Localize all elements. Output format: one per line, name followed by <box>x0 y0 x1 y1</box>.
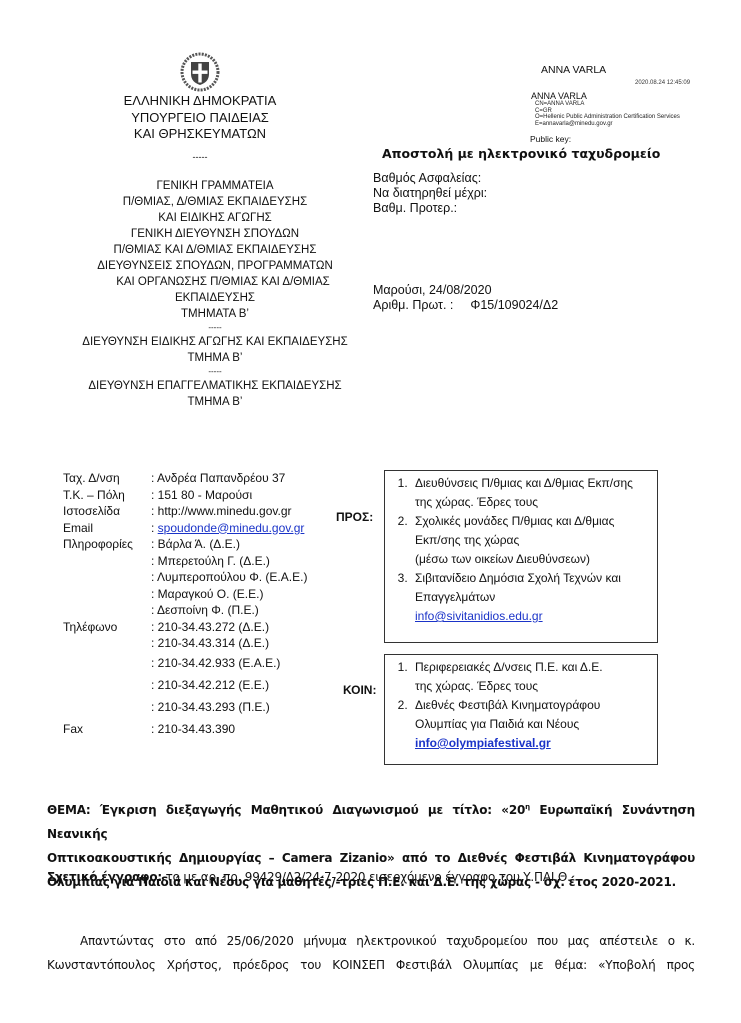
recipient-item: Σχολικές μονάδες Π/θμιας και Δ/θμιας Εκπ… <box>411 512 657 569</box>
contact-value: : Δεσποίνη Φ. (Π.Ε.) <box>151 602 259 619</box>
ministry-name-line2: ΚΑΙ ΘΡΗΣΚΕΥΜΑΤΩΝ <box>100 126 300 143</box>
recipient-line: της χώρας. Έδρες τους <box>415 493 657 512</box>
contact-row: Τηλέφωνο : 210-34.43.272 (Δ.Ε.) <box>63 619 307 636</box>
subject-text: Έγκριση διεξαγωγής Μαθητικού Διαγωνισμού… <box>100 803 525 817</box>
body-paragraph: Απαντώντας στο από 25/06/2020 μήνυμα ηλε… <box>47 929 695 977</box>
classification-block: Βαθμός Ασφαλείας: Να διατηρηθεί μέχρι: Β… <box>373 171 487 216</box>
recipient-line: Σχολικές μονάδες Π/θμιας και Δ/θμιας <box>415 514 614 528</box>
contact-value: : 151 80 - Μαρούσι <box>151 487 252 504</box>
contact-label: Ιστοσελίδα <box>63 503 151 520</box>
recipient-line: Επαγγελμάτων <box>415 588 657 607</box>
contact-row: : Μπερετούλη Γ. (Δ.Ε.) <box>63 553 307 570</box>
signer-name-secondary: ANNA VARLA <box>531 91 587 101</box>
related-label: Σχετικό έγγραφο: <box>47 870 162 884</box>
separator: ----- <box>100 149 300 166</box>
signature-org: O=Hellenic Public Administration Certifi… <box>535 114 680 121</box>
recipient-item: Διευθύνσεις Π/θμιας και Δ/θμιας Εκπ/σης … <box>411 474 657 512</box>
contact-label <box>63 602 151 619</box>
department-line: ΤΜΗΜΑ Β’ <box>60 350 370 366</box>
to-label: ΠΡΟΣ: <box>336 510 373 524</box>
republic-name: ΕΛΛΗΝΙΚΗ ΔΗΜΟΚΡΑΤΙΑ <box>100 93 300 110</box>
subject-label: ΘΕΜΑ: <box>47 803 90 817</box>
contact-row: : 210-34.43.314 (Δ.Ε.) <box>63 635 307 652</box>
contact-label <box>63 635 151 652</box>
separator: ----- <box>60 366 370 378</box>
body-line: Απαντώντας στο από 25/06/2020 μήνυμα ηλε… <box>47 929 695 953</box>
recipient-line: Διευθύνσεις Π/θμιας και Δ/θμιας Εκπ/σης <box>415 476 633 490</box>
contact-row: Πληροφορίες : Βάρλα Ά. (Δ.Ε.) <box>63 536 307 553</box>
contact-label: Πληροφορίες <box>63 536 151 553</box>
contact-row: Ταχ. Δ/νση: Ανδρέα Παπανδρέου 37 <box>63 470 307 487</box>
department-line: ΤΜΗΜΑ Β’ <box>60 394 370 410</box>
contact-row: : 210-34.42.933 (Ε.Α.Ε.) <box>63 652 307 674</box>
department-line: ΚΑΙ ΟΡΓΑΝΩΣΗΣ Π/ΘΜΙΑΣ ΚΑΙ Δ/ΘΜΙΑΣ <box>60 274 370 290</box>
cc-label: ΚΟΙΝ: <box>343 683 376 697</box>
subject-line: Οπτικοακουστικής Δημιουργίας – Camera Zi… <box>47 846 695 870</box>
recipient-item: Διεθνές Φεστιβάλ Κινηματογράφου Ολυμπίας… <box>411 696 657 753</box>
signer-name: ANNA VARLA <box>541 64 606 76</box>
related-text: το με αρ. πρ. 99429/Δ2/24-7-2020 εισερχό… <box>162 870 571 884</box>
cc-recipients-box: Περιφερειακές Δ/νσεις Π.Ε. και Δ.Ε. της … <box>384 654 658 765</box>
email-link[interactable]: spoudonde@minedu.gov.gr <box>158 521 305 535</box>
contact-row: Ιστοσελίδα: http://www.minedu.gov.gr <box>63 503 307 520</box>
recipient-line: Ολυμπίας για Παιδιά και Νέους <box>415 715 657 734</box>
phone-value: : 210-34.43.293 (Π.Ε.) <box>151 699 270 718</box>
contact-value: : Λυμπεροπούλου Φ. (Ε.Α.Ε.) <box>151 569 307 586</box>
phone-value: : 210-34.42.933 (Ε.Α.Ε.) <box>151 655 280 674</box>
contact-row: Email: spoudonde@minedu.gov.gr <box>63 520 307 537</box>
place-date: Μαρούσι, 24/08/2020 <box>373 283 558 298</box>
contact-details: Ταχ. Δ/νση: Ανδρέα Παπανδρέου 37 Τ.Κ. – … <box>63 470 307 740</box>
department-line: ΤΜΗΜΑΤΑ Β’ <box>60 306 370 322</box>
phone-value: : 210-34.43.314 (Δ.Ε.) <box>151 635 269 652</box>
department-list: ΓΕΝΙΚΗ ΓΡΑΜΜΑΤΕΙΑ Π/ΘΜΙΑΣ, Δ/ΘΜΙΑΣ ΕΚΠΑΙ… <box>60 178 370 410</box>
recipient-line: Διεθνές Φεστιβάλ Κινηματογράφου <box>415 698 600 712</box>
contact-value: : Ανδρέα Παπανδρέου 37 <box>151 470 285 487</box>
recipient-line: της χώρας. Έδρες τους <box>415 677 657 696</box>
phone-value: : 210-34.43.272 (Δ.Ε.) <box>151 619 269 636</box>
department-line: ΓΕΝΙΚΗ ΓΡΑΜΜΑΤΕΙΑ <box>60 178 370 194</box>
recipient-line: Εκπ/σης της χώρας <box>415 531 657 550</box>
contact-label: Τηλέφωνο <box>63 619 151 636</box>
contact-label: Τ.Κ. – Πόλη <box>63 487 151 504</box>
contact-row: : Λυμπεροπούλου Φ. (Ε.Α.Ε.) <box>63 569 307 586</box>
recipient-email-link[interactable]: info@olympiafestival.gr <box>415 736 551 750</box>
contact-value: : Βάρλα Ά. (Δ.Ε.) <box>151 536 240 553</box>
department-line: Π/ΘΜΙΑΣ ΚΑΙ Δ/ΘΜΙΑΣ ΕΚΠΑΙΔΕΥΣΗΣ <box>60 242 370 258</box>
signature-timestamp: 2020.08.24 12:45:09 <box>635 80 690 86</box>
contact-row: Fax : 210-34.43.390 <box>63 718 307 740</box>
department-line: ΔΙΕΥΘΥΝΣΗ ΕΙΔΙΚΗΣ ΑΓΩΓΗΣ ΚΑΙ ΕΚΠΑΙΔΕΥΣΗΣ <box>60 334 370 350</box>
department-line: ΔΙΕΥΘΥΝΣΕΙΣ ΣΠΟΥΔΩΝ, ΠΡΟΓΡΑΜΜΑΤΩΝ <box>60 258 370 274</box>
contact-label: Fax <box>63 721 151 740</box>
recipient-line: Σιβιτανίδειο Δημόσια Σχολή Τεχνών και <box>415 571 621 585</box>
to-recipients-box: Διευθύνσεις Π/θμιας και Δ/θμιας Εκπ/σης … <box>384 470 658 643</box>
contact-label <box>63 699 151 718</box>
document-info: Μαρούσι, 24/08/2020 Αριθμ. Πρωτ. : Φ15/1… <box>373 283 558 313</box>
retain-until-label: Να διατηρηθεί μέχρι: <box>373 186 487 201</box>
greek-coat-of-arms-icon <box>180 52 220 92</box>
public-key-label: Public key: <box>530 134 571 144</box>
contact-row: : Δεσποίνη Φ. (Π.Ε.) <box>63 602 307 619</box>
contact-label <box>63 569 151 586</box>
contact-label <box>63 586 151 603</box>
email-prefix: : <box>151 521 158 535</box>
security-level-label: Βαθμός Ασφαλείας: <box>373 171 487 186</box>
fax-value: : 210-34.43.390 <box>151 721 235 740</box>
recipient-email-link[interactable]: info@sivitanidios.edu.gr <box>415 609 543 623</box>
contact-row: : 210-34.42.212 (Ε.Ε.) <box>63 674 307 696</box>
contact-row: : Μαραγκού Ο. (Ε.Ε.) <box>63 586 307 603</box>
contact-value: : Μπερετούλη Γ. (Δ.Ε.) <box>151 553 270 570</box>
body-line: Κωνσταντόπουλος Χρήστος, πρόεδρος του ΚΟ… <box>47 953 695 977</box>
contact-label: Email <box>63 520 151 537</box>
contact-row: Τ.Κ. – Πόλη: 151 80 - Μαρούσι <box>63 487 307 504</box>
protocol-number-row: Αριθμ. Πρωτ. : Φ15/109024/Δ2 <box>373 298 558 313</box>
signature-details: CN=ANNA VARLA C=GR O=Hellenic Public Adm… <box>535 101 680 127</box>
contact-label <box>63 553 151 570</box>
subject-line: ΘΕΜΑ: Έγκριση διεξαγωγής Μαθητικού Διαγω… <box>47 795 695 846</box>
phone-value: : 210-34.42.212 (Ε.Ε.) <box>151 677 269 696</box>
delivery-method: Αποστολή με ηλεκτρονικό ταχυδρομείο <box>382 146 660 161</box>
department-line: Π/ΘΜΙΑΣ, Δ/ΘΜΙΑΣ ΕΚΠΑΙΔΕΥΣΗΣ <box>60 194 370 210</box>
separator: ----- <box>60 322 370 334</box>
priority-label: Βαθμ. Προτερ.: <box>373 201 487 216</box>
recipient-item: Σιβιτανίδειο Δημόσια Σχολή Τεχνών και Επ… <box>411 569 657 626</box>
protocol-number: Φ15/109024/Δ2 <box>470 298 558 312</box>
contact-row: : 210-34.43.293 (Π.Ε.) <box>63 696 307 718</box>
contact-value: : Μαραγκού Ο. (Ε.Ε.) <box>151 586 263 603</box>
department-line: ΔΙΕΥΘΥΝΣΗ ΕΠΑΓΓΕΛΜΑΤΙΚΗΣ ΕΚΠΑΙΔΕΥΣΗΣ <box>60 378 370 394</box>
issuer-heading: ΕΛΛΗΝΙΚΗ ΔΗΜΟΚΡΑΤΙΑ ΥΠΟΥΡΓΕΙΟ ΠΑΙΔΕΙΑΣ Κ… <box>100 93 300 165</box>
contact-label: Ταχ. Δ/νση <box>63 470 151 487</box>
recipient-line: Περιφερειακές Δ/νσεις Π.Ε. και Δ.Ε. <box>415 660 603 674</box>
contact-label <box>63 655 151 674</box>
ministry-name-line1: ΥΠΟΥΡΓΕΙΟ ΠΑΙΔΕΙΑΣ <box>100 110 300 127</box>
recipient-line: (μέσω των οικείων Διευθύνσεων) <box>415 550 657 569</box>
signature-email: E=annavarla@minedu.gov.gr <box>535 121 680 128</box>
website-value: : http://www.minedu.gov.gr <box>151 503 292 520</box>
department-line: ΕΚΠΑΙΔΕΥΣΗΣ <box>60 290 370 306</box>
protocol-label: Αριθμ. Πρωτ. : <box>373 298 453 312</box>
related-document: Σχετικό έγγραφο: το με αρ. πρ. 99429/Δ2/… <box>47 870 571 884</box>
recipient-item: Περιφερειακές Δ/νσεις Π.Ε. και Δ.Ε. της … <box>411 658 657 696</box>
department-line: ΚΑΙ ΕΙΔΙΚΗΣ ΑΓΩΓΗΣ <box>60 210 370 226</box>
contact-label <box>63 677 151 696</box>
department-line: ΓΕΝΙΚΗ ΔΙΕΥΘΥΝΣΗ ΣΠΟΥΔΩΝ <box>60 226 370 242</box>
